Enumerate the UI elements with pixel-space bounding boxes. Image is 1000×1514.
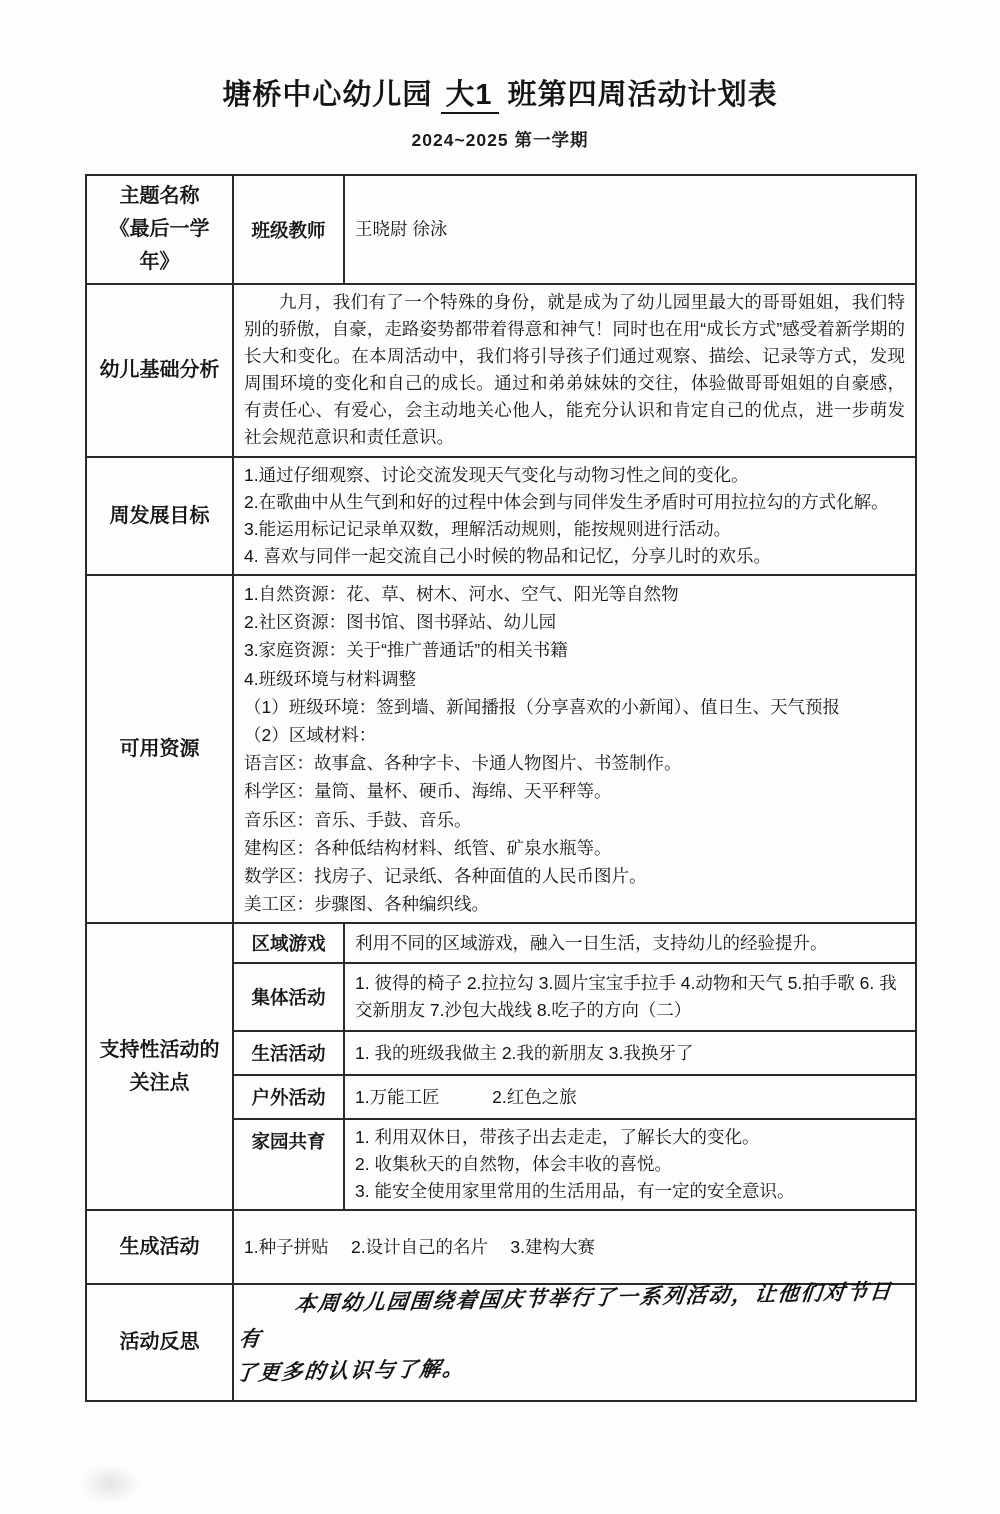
generated-activities-label: 生成活动	[86, 1210, 233, 1284]
page-title: 塘桥中心幼儿园 大1 班第四周活动计划表	[0, 72, 1000, 113]
goal-item: 2.在歌曲中从生气到和好的过程中体会到与同伴发生矛盾时可用拉拉勾的方式化解。	[244, 489, 905, 516]
life-activities-text: 1. 我的班级我做主 2.我的新朋友 3.我换牙了	[344, 1031, 916, 1075]
resource-line: （1）班级环境：签到墙、新闻播报（分享喜欢的小新闻）、值日生、天气预报	[244, 693, 905, 721]
row-reflection: 活动反思 本周幼儿园围绕着国庆节举行了一系列活动，让他们对节日有 了更多的认识与…	[86, 1284, 916, 1401]
resource-line: 2.社区资源：图书馆、图书驿站、幼儿园	[244, 608, 905, 636]
reflection-handwriting: 本周幼儿园围绕着国庆节举行了一系列活动，让他们对节日有 了更多的认识与了解。	[233, 1284, 916, 1401]
goal-item: 3.能运用标记记录单双数，理解活动规则，能按规则进行活动。	[244, 516, 905, 543]
resource-line: 4.班级环境与材料调整	[244, 665, 905, 693]
home-coeducation-label: 家园共育	[233, 1119, 344, 1210]
home-coeducation-item: 1. 利用双休日，带孩子出去走走，了解长大的变化。	[355, 1124, 905, 1151]
outdoor-activities-text: 1.万能工匠 2.红色之旅	[344, 1075, 916, 1119]
reflection-label: 活动反思	[86, 1284, 233, 1401]
title-class-number: 大1	[441, 79, 498, 114]
class-teacher-label: 班级教师	[233, 175, 344, 284]
title-prefix: 塘桥中心幼儿园	[222, 79, 441, 111]
row-generated-activities: 生成活动 1.种子拼贴 2.设计自己的名片 3.建构大赛	[86, 1210, 916, 1284]
home-coeducation-list: 1. 利用双休日，带孩子出去走走，了解长大的变化。 2. 收集秋天的自然物，体会…	[344, 1119, 916, 1210]
semester-subtitle: 2024~2025 第一学期	[0, 127, 1000, 152]
resource-line: 语言区：故事盒、各种字卡、卡通人物图片、书签制作。	[244, 749, 905, 777]
group-activities-label: 集体活动	[233, 963, 344, 1031]
goals-label: 周发展目标	[86, 457, 233, 575]
resources-list: 1.自然资源：花、草、树木、河水、空气、阳光等自然物 2.社区资源：图书馆、图书…	[233, 575, 916, 923]
class-teacher-names: 王晓尉 徐泳	[344, 175, 916, 284]
home-coeducation-item: 3. 能安全使用家里常用的生活用品，有一定的安全意识。	[355, 1178, 905, 1205]
group-activities-text: 1. 彼得的椅子 2.拉拉勾 3.圆片宝宝手拉手 4.动物和天气 5.拍手歌 6…	[344, 963, 916, 1031]
row-theme: 主题名称 《最后一学年》 班级教师 王晓尉 徐泳	[86, 175, 916, 284]
resource-line: 1.自然资源：花、草、树木、河水、空气、阳光等自然物	[244, 580, 905, 608]
row-resources: 可用资源 1.自然资源：花、草、树木、河水、空气、阳光等自然物 2.社区资源：图…	[86, 575, 916, 923]
analysis-text: 九月，我们有了一个特殊的身份，就是成为了幼儿园里最大的哥哥姐姐，我们特别的骄傲，…	[233, 284, 916, 457]
title-suffix: 班第四周活动计划表	[499, 79, 778, 111]
goal-item: 4. 喜欢与同伴一起交流自己小时候的物品和记忆，分享儿时的欢乐。	[244, 543, 905, 570]
resource-line: 3.家庭资源：关于“推广普通话”的相关书籍	[244, 636, 905, 664]
home-coeducation-item: 2. 收集秋天的自然物，体会丰收的喜悦。	[355, 1151, 905, 1178]
resource-line: 数学区：找房子、记录纸、各种面值的人民币图片。	[244, 862, 905, 890]
row-analysis: 幼儿基础分析 九月，我们有了一个特殊的身份，就是成为了幼儿园里最大的哥哥姐姐，我…	[86, 284, 916, 457]
handwritten-note: 本周幼儿园围绕着国庆节举行了一系列活动，让他们对节日有 了更多的认识与了解。	[234, 1276, 905, 1392]
generated-activities-text: 1.种子拼贴 2.设计自己的名片 3.建构大赛	[233, 1210, 916, 1284]
goal-item: 1.通过仔细观察、讨论交流发现天气变化与动物习性之间的变化。	[244, 462, 905, 489]
support-label: 支持性活动的关注点	[86, 923, 233, 1210]
resource-line: 科学区：量筒、量杯、硬币、海绵、天平秤等。	[244, 777, 905, 805]
area-games-label: 区域游戏	[233, 923, 344, 963]
resource-line: 建构区：各种低结构材料、纸管、矿泉水瓶等。	[244, 834, 905, 862]
row-goals: 周发展目标 1.通过仔细观察、讨论交流发现天气变化与动物习性之间的变化。 2.在…	[86, 457, 916, 575]
resource-line: （2）区域材料：	[244, 721, 905, 749]
resource-line: 音乐区：音乐、手鼓、音乐。	[244, 806, 905, 834]
analysis-label: 幼儿基础分析	[86, 284, 233, 457]
scan-artifact	[80, 1464, 140, 1504]
resources-label: 可用资源	[86, 575, 233, 923]
resource-line: 美工区：步骤图、各种编织线。	[244, 890, 905, 918]
area-games-text: 利用不同的区域游戏，融入一日生活，支持幼儿的经验提升。	[344, 923, 916, 963]
goals-list: 1.通过仔细观察、讨论交流发现天气变化与动物习性之间的变化。 2.在歌曲中从生气…	[233, 457, 916, 575]
theme-name-label: 主题名称 《最后一学年》	[86, 175, 233, 284]
activity-plan-table: 主题名称 《最后一学年》 班级教师 王晓尉 徐泳 幼儿基础分析 九月，我们有了一…	[85, 174, 917, 1402]
row-support-area-games: 支持性活动的关注点 区域游戏 利用不同的区域游戏，融入一日生活，支持幼儿的经验提…	[86, 923, 916, 963]
life-activities-label: 生活活动	[233, 1031, 344, 1075]
outdoor-activities-label: 户外活动	[233, 1075, 344, 1119]
